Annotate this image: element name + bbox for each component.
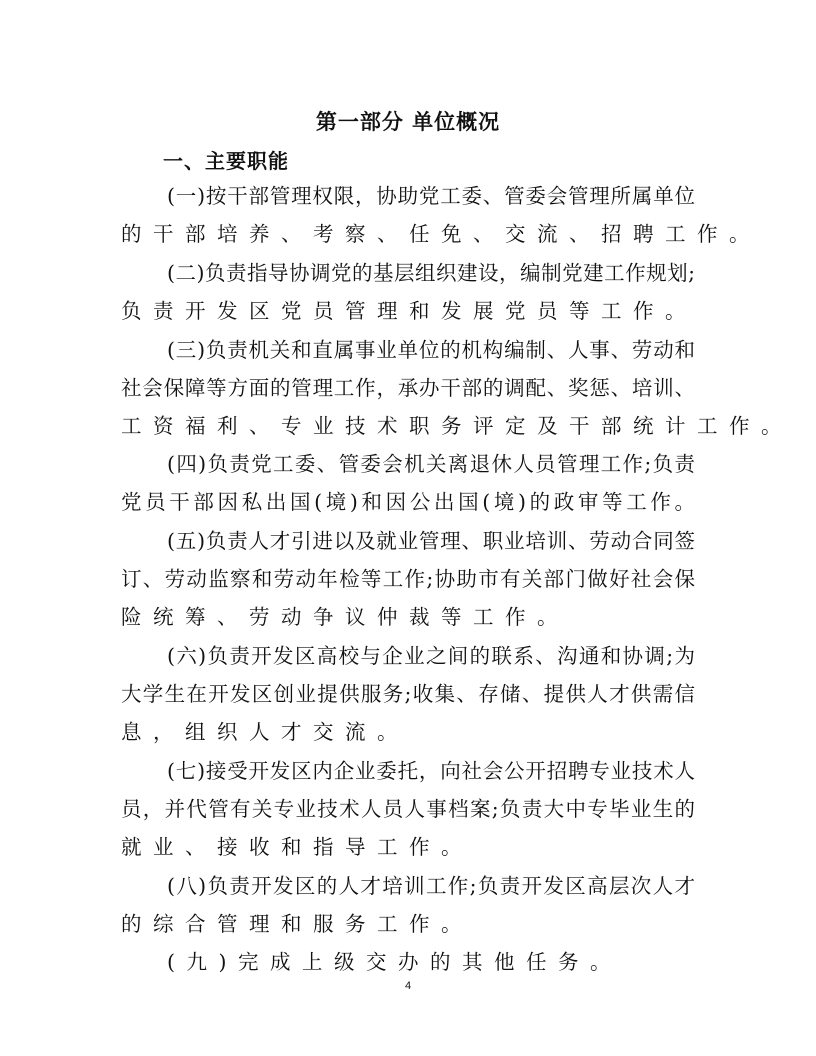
text-line: (二)负责指导协调党的基层组织建设，编制党建工作规划;: [167, 258, 695, 288]
text-line: (一)按干部管理权限，协助党工委、管委会管理所属单位: [167, 181, 695, 211]
text-line: 员，并代管有关专业技术人员人事档案;负责大中专毕业生的: [121, 794, 695, 824]
text-line: (九)完成上级交办的其他任务。: [167, 947, 695, 977]
text-line: 党员干部因私出国(境)和因公出国(境)的政审等工作。: [121, 487, 695, 517]
text-line: (六)负责开发区高校与企业之间的联系、沟通和协调;为: [167, 641, 695, 671]
text-line: 的干部培养、考察、任免、交流、招聘工作。: [121, 219, 695, 249]
text-line: (四)负责党工委、管委会机关离退休人员管理工作;负责: [167, 449, 695, 479]
text-line: (三)负责机关和直属事业单位的机构编制、人事、劳动和: [167, 335, 695, 365]
text-line: (七)接受开发区内企业委托，向社会公开招聘专业技术人: [167, 756, 695, 786]
text-line: (八)负责开发区的人才培训工作;负责开发区高层次人才: [167, 871, 695, 901]
text-line: 订、劳动监察和劳动年检等工作;协助市有关部门做好社会保: [121, 564, 695, 594]
text-line: 大学生在开发区创业提供服务;收集、存储、提供人才供需信: [121, 679, 695, 709]
page-title: 第一部分 单位概况: [0, 106, 816, 136]
text-line: 险统筹、劳动争议仲裁等工作。: [121, 602, 695, 632]
text-line: 工资福利、专业技术职务评定及干部统计工作。: [121, 411, 695, 441]
document-page: 第一部分 单位概况 一、主要职能 (一)按干部管理权限，协助党工委、管委会管理所…: [0, 0, 816, 1056]
text-line: 的综合管理和服务工作。: [121, 909, 695, 939]
text-line: 社会保障等方面的管理工作，承办干部的调配、奖惩、培训、: [121, 373, 695, 403]
text-line: (五)负责人才引进以及就业管理、职业培训、劳动合同签: [167, 526, 695, 556]
section-heading: 一、主要职能: [163, 145, 289, 174]
page-number: 4: [0, 980, 816, 992]
text-line: 息，组织人才交流。: [121, 717, 695, 747]
text-line: 负责开发区党员管理和发展党员等工作。: [121, 296, 695, 326]
text-line: 就业、接收和指导工作。: [121, 832, 695, 862]
